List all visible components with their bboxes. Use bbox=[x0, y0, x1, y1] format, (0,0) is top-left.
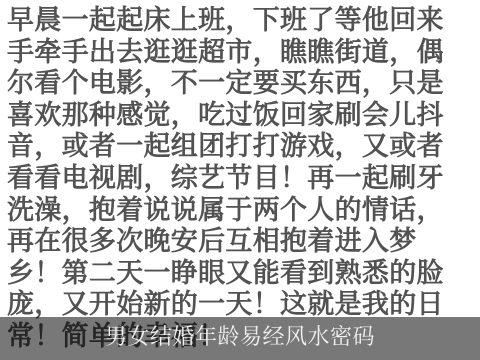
caption-text: 男女结婚年龄易经风水密码 bbox=[105, 320, 375, 351]
body-line: 再在很多次晚安后互相抱着进入梦 bbox=[7, 226, 477, 258]
body-line: 喜欢那种感觉，吃过饭回家刷会儿抖 bbox=[7, 100, 477, 132]
body-text: 早晨一起起床上班，下班了等他回来 手牵手出去逛逛超市，瞧瞧街道，偶 尔看个电影，… bbox=[7, 5, 477, 353]
image-canvas: 早晨一起起床上班，下班了等他回来 手牵手出去逛逛超市，瞧瞧街道，偶 尔看个电影，… bbox=[0, 0, 480, 360]
body-line: 尔看个电影，不一定要买东西，只是 bbox=[7, 68, 477, 100]
caption-overlay: 男女结婚年龄易经风水密码 bbox=[0, 317, 480, 360]
body-line: 看看电视剧，综艺节目！再一起刷牙 bbox=[7, 163, 477, 195]
body-line: 乡！第二天一睁眼又能看到熟悉的脸 bbox=[7, 258, 477, 290]
body-line: 早晨一起起床上班，下班了等他回来 bbox=[7, 5, 477, 37]
body-line: 音，或者一起组团打打游戏，又或者 bbox=[7, 131, 477, 163]
body-line: 洗澡，抱着说说属于两个人的情话， bbox=[7, 195, 477, 227]
body-line: 手牵手出去逛逛超市，瞧瞧街道，偶 bbox=[7, 37, 477, 69]
